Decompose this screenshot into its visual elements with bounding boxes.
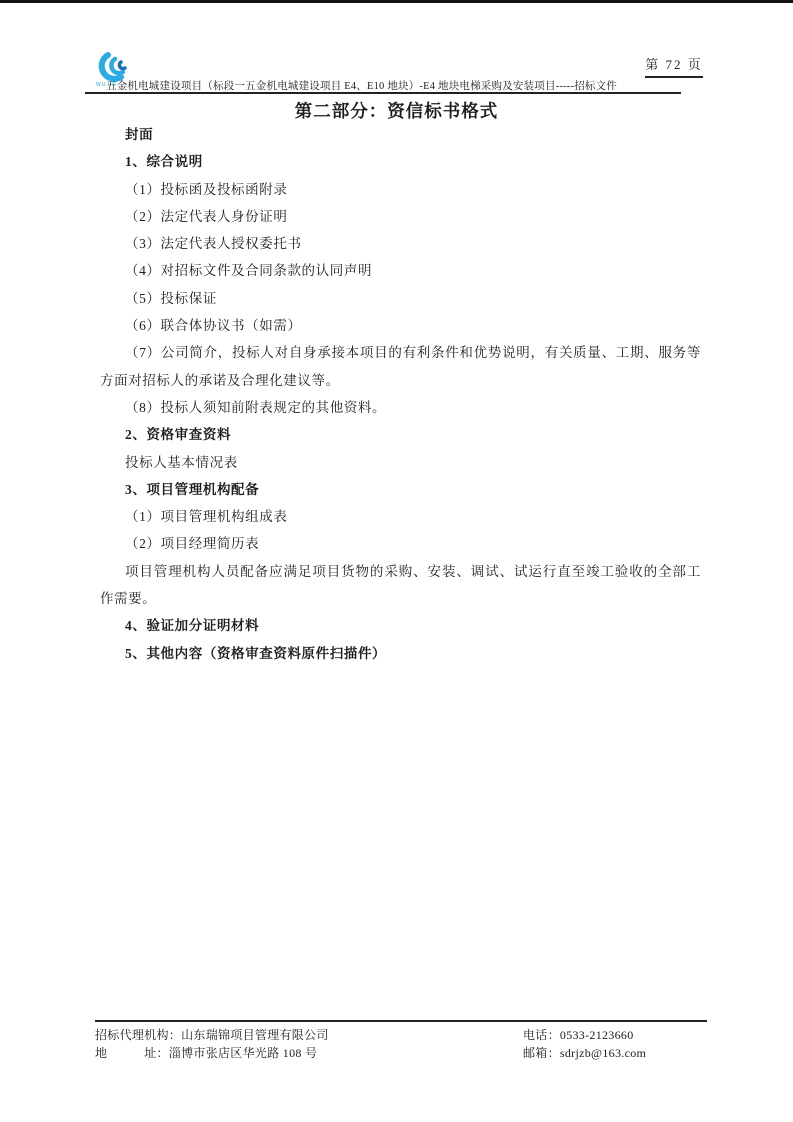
body-line-sec1-item4: （4）对招标文件及合同条款的认同声明 bbox=[100, 257, 701, 284]
body-line-sec1-item2: （2）法定代表人身份证明 bbox=[100, 203, 701, 230]
body-content: 封面 1、综合说明 （1）投标函及投标函附录 （2）法定代表人身份证明 （3）法… bbox=[100, 121, 701, 667]
footer-agency: 招标代理机构：山东瑞锦项目管理有限公司 bbox=[95, 1026, 329, 1043]
body-line-sec5: 5、其他内容（资格审查资料原件扫描件） bbox=[100, 640, 701, 667]
body-line-cover: 封面 bbox=[100, 121, 701, 148]
body-line-sec1-item6: （6）联合体协议书（如需） bbox=[100, 312, 701, 339]
body-line-sec4: 4、验证加分证明材料 bbox=[100, 612, 701, 639]
body-line-sec1-item1: （1）投标函及投标函附录 bbox=[100, 176, 701, 203]
header-rule bbox=[85, 92, 681, 94]
footer-email: 邮箱：sdrjzb@163.com bbox=[523, 1044, 646, 1061]
body-line-sec3-item1: （1）项目管理机构组成表 bbox=[100, 503, 701, 530]
header-document-title: 五金机电城建设项目（标段一五金机电城建设项目 E4、E10 地块）-E4 地块电… bbox=[106, 78, 706, 93]
body-line-sec2-item1: 投标人基本情况表 bbox=[100, 449, 701, 476]
page-number: 第 72 页 bbox=[645, 54, 703, 78]
body-line-sec3-note: 项目管理机构人员配备应满足项目货物的采购、安装、调试、试运行直至竣工验收的全部工… bbox=[100, 558, 701, 613]
body-line-sec2: 2、资格审查资料 bbox=[100, 421, 701, 448]
scan-edge-strip bbox=[0, 0, 793, 3]
body-line-sec3-item2: （2）项目经理简历表 bbox=[100, 530, 701, 557]
footer-row-2: 地 址：淄博市张店区华光路 108 号 邮箱：sdrjzb@163.com bbox=[95, 1044, 707, 1062]
document-page: WUJIN 第 72 页 五金机电城建设项目（标段一五金机电城建设项目 E4、E… bbox=[0, 0, 793, 1122]
body-line-sec1: 1、综合说明 bbox=[100, 148, 701, 175]
footer-row-1: 招标代理机构：山东瑞锦项目管理有限公司 电话：0533-2123660 bbox=[95, 1026, 707, 1044]
footer-rule bbox=[95, 1020, 707, 1022]
section-title: 第二部分：资信标书格式 bbox=[0, 98, 793, 123]
body-line-sec3: 3、项目管理机构配备 bbox=[100, 476, 701, 503]
body-line-sec1-item8: （8）投标人须知前附表规定的其他资料。 bbox=[100, 394, 701, 421]
body-line-sec1-item7: （7）公司简介，投标人对自身承接本项目的有利条件和优势说明，有关质量、工期、服务… bbox=[100, 339, 701, 394]
footer-phone: 电话：0533-2123660 bbox=[523, 1026, 634, 1043]
body-line-sec1-item3: （3）法定代表人授权委托书 bbox=[100, 230, 701, 257]
footer-address: 地 址：淄博市张店区华光路 108 号 bbox=[95, 1044, 317, 1061]
body-line-sec1-item5: （5）投标保证 bbox=[100, 285, 701, 312]
